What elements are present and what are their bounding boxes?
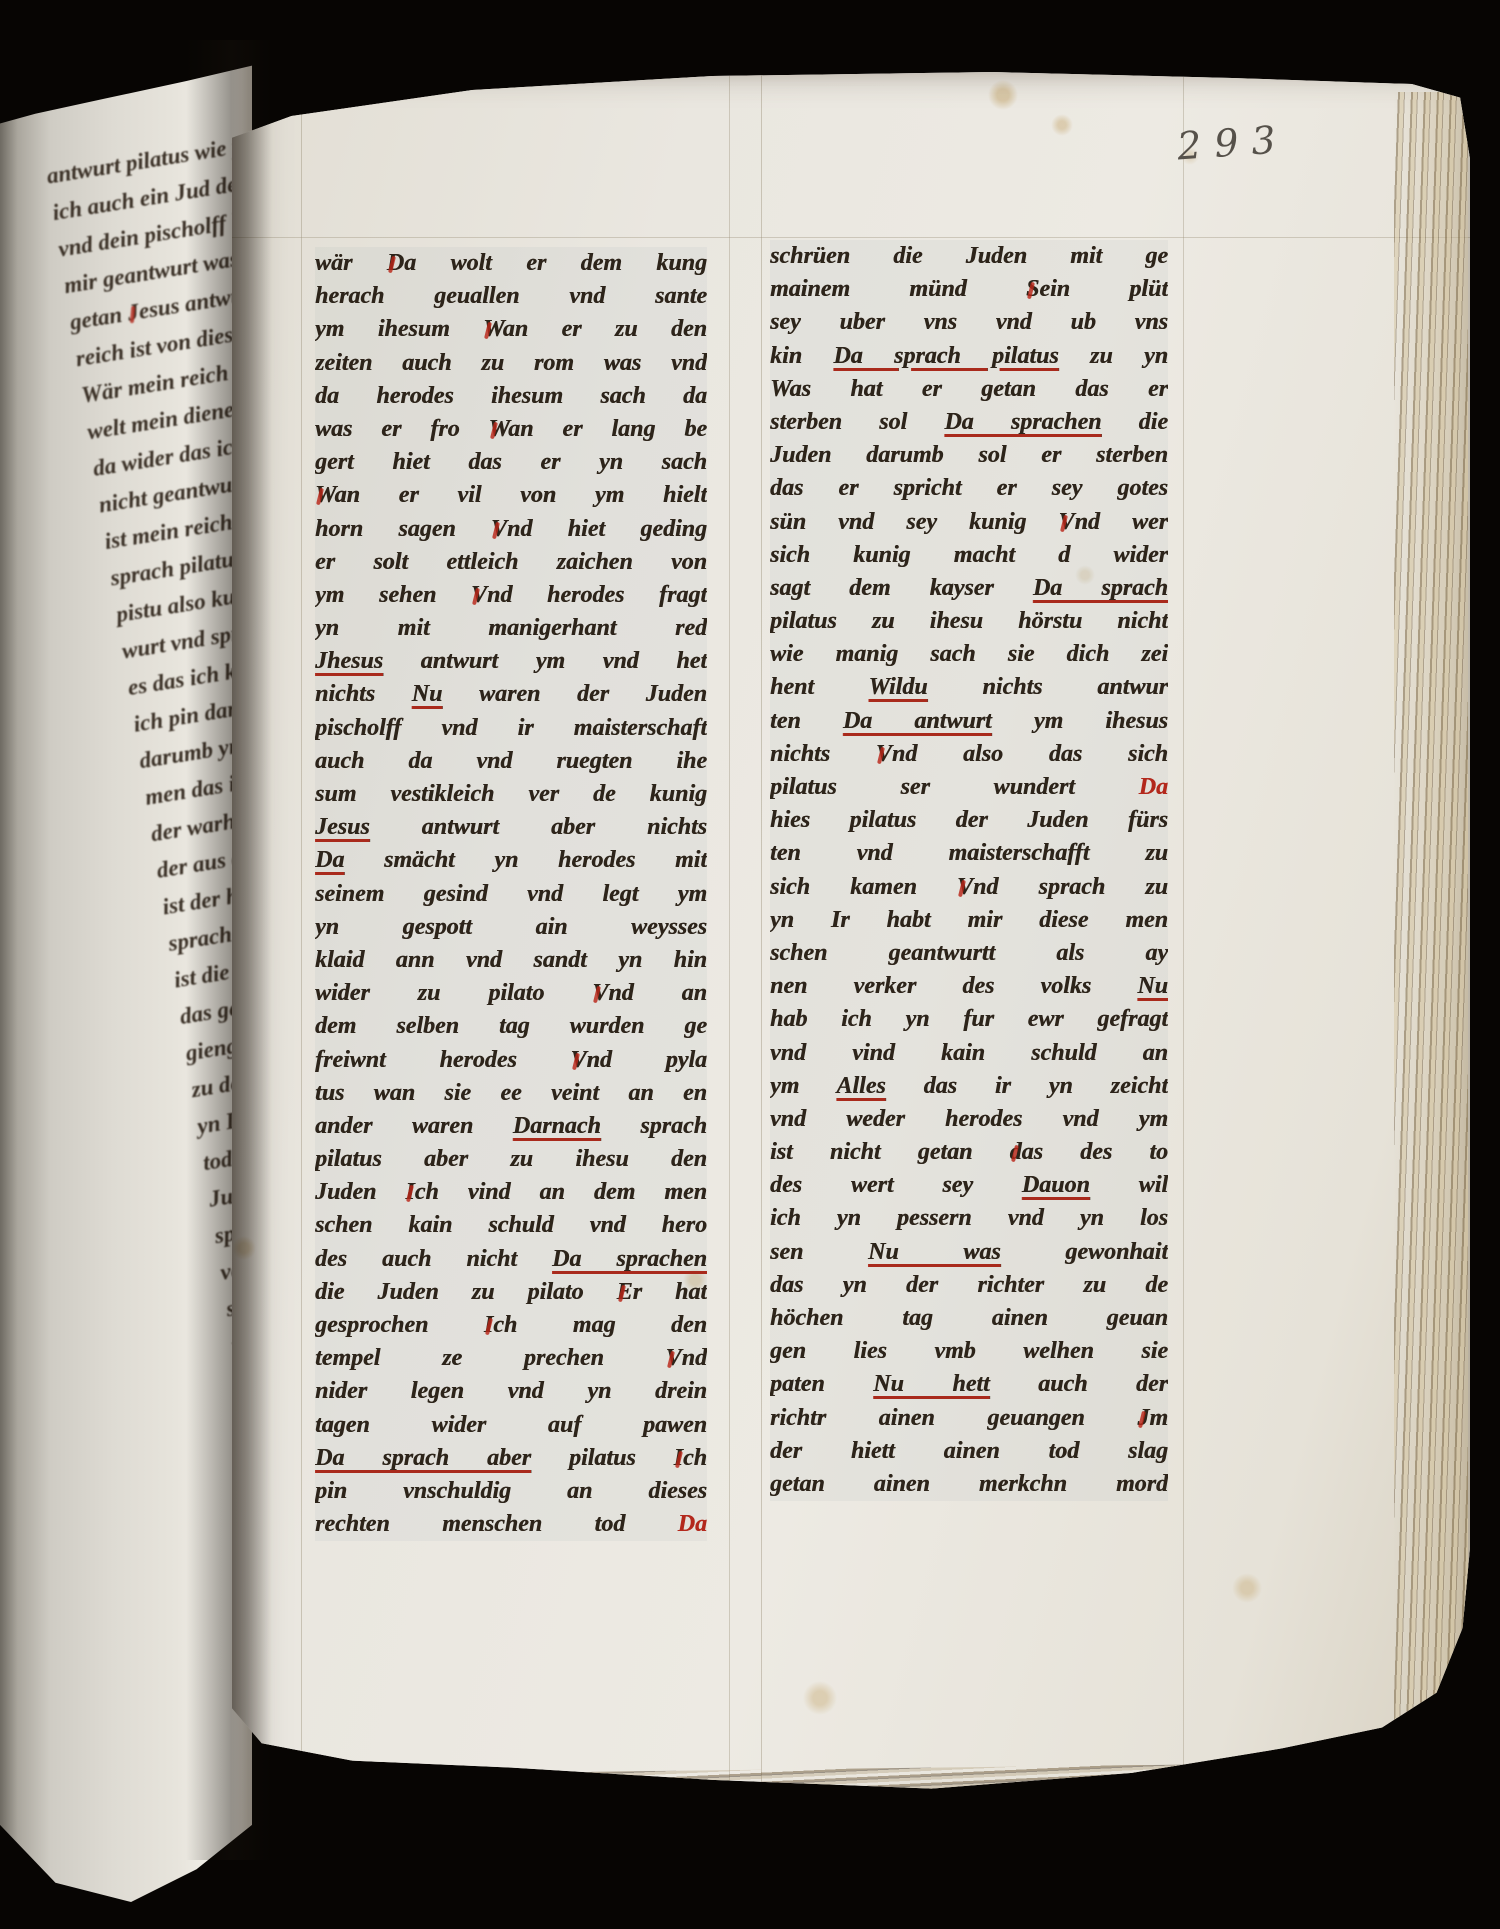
ink-text: auch da vnd ruegten ihe xyxy=(315,748,707,774)
ink-text: gen lies vmb welhen sie xyxy=(770,1338,1168,1364)
ink-text: wolt er dem kung xyxy=(416,250,707,276)
manuscript-line: pin vnschuldig an dieses xyxy=(315,1475,707,1508)
manuscript-line: gert hiet das er yn sach xyxy=(315,446,707,479)
manuscript-line: er solt ettleich zaichen von xyxy=(315,546,707,579)
ink-text: das yn der richter zu de xyxy=(770,1272,1168,1298)
manuscript-line: richtr ainen geuangen Jm xyxy=(770,1402,1168,1435)
ink-text: sün vnd sey kunig xyxy=(770,509,1059,535)
ink-text: sen xyxy=(770,1239,868,1265)
ink-text: er vil von ym hielt xyxy=(360,482,707,508)
ink-text: nider legen vnd yn drein xyxy=(315,1378,707,1404)
folio-number: 293 xyxy=(1176,114,1339,167)
manuscript-line: gesprochen Ich mag den xyxy=(315,1309,707,1342)
manuscript-line: höchen tag ainen geuan xyxy=(770,1302,1168,1335)
rubricated-phrase: Da xyxy=(315,847,344,873)
manuscript-line: auch da vnd ruegten ihe xyxy=(315,745,707,778)
ink-text: rechten menschen tod xyxy=(315,1511,678,1537)
ink-text: wär xyxy=(315,250,387,276)
manuscript-line: pilatus ser wundert Da xyxy=(770,771,1168,804)
manuscript-line: das yn der richter zu de xyxy=(770,1269,1168,1302)
ink-text: gesprochen xyxy=(315,1312,484,1338)
ink-text: er zu den xyxy=(528,316,707,342)
ink-text: hat xyxy=(642,1279,707,1305)
ink-text: vind an dem men xyxy=(439,1179,707,1205)
red-touched-initial: das xyxy=(1010,1139,1043,1165)
ink-text: getan xyxy=(68,301,129,335)
rubricated-phrase: Jesus xyxy=(315,814,370,840)
text-column-1: wär Da wolt er dem kungherach geuallen v… xyxy=(315,247,707,1541)
ink-text: getan ainen merkchn mord xyxy=(770,1471,1168,1497)
manuscript-photo: antwurt pilatus wie pich auch ein Jud de… xyxy=(0,0,1500,1929)
manuscript-line: ich yn pessern vnd yn los xyxy=(770,1202,1168,1235)
ink-text: wil xyxy=(1090,1172,1168,1198)
ink-text: Juden xyxy=(315,1179,405,1205)
red-touched-initial: Vnd xyxy=(471,582,512,608)
manuscript-line: hab ich yn fur ewr gefragt xyxy=(770,1003,1168,1036)
ink-text: mag den xyxy=(517,1312,707,1338)
red-touched-initial: Ich xyxy=(674,1445,707,1471)
manuscript-line: sich kunig macht d wider xyxy=(770,539,1168,572)
ink-text: zeiten auch zu rom was vnd xyxy=(315,350,707,376)
manuscript-line: ten vnd maisterschafft zu xyxy=(770,837,1168,870)
manuscript-line: schen geantwurtt als ay xyxy=(770,937,1168,970)
manuscript-line: Jhesus antwurt ym vnd het xyxy=(315,645,707,678)
ink-text: plüt xyxy=(1070,276,1168,302)
ink-text: tus wan sie ee veint an en xyxy=(315,1080,707,1106)
manuscript-line: hies pilatus der Juden fürs xyxy=(770,804,1168,837)
manuscript-line: zeiten auch zu rom was vnd xyxy=(315,347,707,380)
manuscript-line: kin Da sprach pilatus zu yn xyxy=(770,340,1168,373)
ink-text: ym xyxy=(770,1073,836,1099)
manuscript-line: Juden darumb sol er sterben xyxy=(770,439,1168,472)
rubricated-phrase: Dauon xyxy=(1022,1172,1090,1198)
red-touched-initial: Wan xyxy=(315,482,360,508)
ink-text: die Juden zu pilato xyxy=(315,1279,617,1305)
ink-text: auch der xyxy=(990,1371,1168,1397)
rubricated-phrase: Da antwurt xyxy=(843,708,992,734)
manuscript-line: des auch nicht Da sprachen xyxy=(315,1243,707,1276)
left-page-text-clip: antwurt pilatus wie pich auch ein Jud de… xyxy=(0,128,240,1688)
ink-text: antwurt ym vnd het xyxy=(383,648,707,674)
rubricated-phrase: Da sprach xyxy=(1033,575,1168,601)
ink-text: des to xyxy=(1043,1139,1168,1165)
red-touched-initial: Da xyxy=(387,250,416,276)
rubricated-phrase: Nu was xyxy=(868,1239,1001,1265)
manuscript-line: Juden Ich vind an dem men xyxy=(315,1176,707,1209)
ink-text: hiet geding xyxy=(532,516,707,542)
ink-text: ander waren xyxy=(315,1113,513,1139)
manuscript-line: tus wan sie ee veint an en xyxy=(315,1077,707,1110)
manuscript-line: ander waren Darnach sprach xyxy=(315,1110,707,1143)
recto-page: 293 wär Da wolt er dem kungherach geuall… xyxy=(232,68,1470,1813)
rubricated-phrase: Alles xyxy=(836,1073,885,1099)
manuscript-line: sey uber vns vnd ub vns xyxy=(770,306,1168,339)
manuscript-line: Da sprach aber pilatus Ich xyxy=(315,1442,707,1475)
ink-text: tagen wider auf pawen xyxy=(315,1412,707,1438)
rubricated-phrase: Da sprach aber xyxy=(315,1445,531,1471)
ink-text: der hiett ainen tod slag xyxy=(770,1438,1168,1464)
manuscript-line: klaid ann vnd sandt yn hin xyxy=(315,944,707,977)
manuscript-line: tagen wider auf pawen xyxy=(315,1409,707,1442)
ink-text: sprach xyxy=(601,1113,707,1139)
manuscript-line: das er spricht er sey gotes xyxy=(770,472,1168,505)
manuscript-line: dem selben tag wurden ge xyxy=(315,1010,707,1043)
manuscript-line: der hiett ainen tod slag xyxy=(770,1435,1168,1468)
rubric-text: Da xyxy=(678,1511,707,1537)
ink-text: sich kamen xyxy=(770,874,957,900)
ink-text: dem selben tag wurden ge xyxy=(315,1013,707,1039)
red-touched-initial: Jm xyxy=(1137,1405,1168,1431)
manuscript-line: vnd vind kain schuld an xyxy=(770,1037,1168,1070)
ink-text: nen verker des volks xyxy=(770,973,1137,999)
manuscript-line: ym sehen Vnd herodes fragt xyxy=(315,579,707,612)
left-page-edge: antwurt pilatus wie pich auch ein Jud de… xyxy=(0,0,252,1929)
ink-text: sprach zu xyxy=(998,874,1168,900)
ink-text: des auch nicht xyxy=(315,1246,552,1272)
ink-text: sagt dem kayser xyxy=(770,575,1033,601)
ink-text: pilatus ser wundert xyxy=(770,774,1139,800)
manuscript-line: pilatus aber zu ihesu den xyxy=(315,1143,707,1176)
ink-text: pilatus zu ihesu hörstu nicht xyxy=(770,608,1168,634)
ink-text: antwurt aber nichts xyxy=(370,814,707,840)
manuscript-line: nen verker des volks Nu xyxy=(770,970,1168,1003)
ink-text: ym sehen xyxy=(315,582,471,608)
rubricated-phrase: Da sprachen xyxy=(944,409,1101,435)
fore-edge-page-stack xyxy=(1394,92,1468,1724)
manuscript-line: ist nicht getan das des to xyxy=(770,1136,1168,1169)
ink-text: pischolff vnd ir maisterschaft xyxy=(315,715,707,741)
rubricated-phrase: Nu xyxy=(1137,973,1168,999)
ink-text: wider zu pilato xyxy=(315,980,592,1006)
manuscript-line: rechten menschen tod Da xyxy=(315,1508,707,1541)
ink-text: ten xyxy=(770,708,843,734)
ink-text: waren der Juden xyxy=(442,681,707,707)
rubricated-phrase: Nu hett xyxy=(873,1371,990,1397)
ink-text: sum vestikleich ver de kunig xyxy=(315,781,707,807)
rubricated-phrase: Da sprach pilatus xyxy=(833,343,1058,369)
red-touched-initial: Vnd xyxy=(592,980,633,1006)
ink-text: pin vnschuldig an dieses xyxy=(315,1478,707,1504)
red-touched-initial: Vnd xyxy=(666,1345,707,1371)
manuscript-line: sün vnd sey kunig Vnd wer xyxy=(770,506,1168,539)
ink-text: antwurt xyxy=(177,280,240,317)
manuscript-line: gen lies vmb welhen sie xyxy=(770,1335,1168,1368)
bottom-page-stack xyxy=(246,1762,1396,1798)
red-touched-initial: Vnd xyxy=(876,741,917,767)
ink-text: nichts xyxy=(315,681,412,707)
ink-text: höchen tag ainen geuan xyxy=(770,1305,1168,1331)
red-touched-initial: Er xyxy=(617,1279,642,1305)
ink-text: yn gespott ain weysses xyxy=(315,914,707,940)
manuscript-line: des wert sey Dauon wil xyxy=(770,1169,1168,1202)
manuscript-line: yn mit manigerhant red xyxy=(315,612,707,645)
ink-text: wer xyxy=(1100,509,1168,535)
manuscript-line: was er fro Wan er lang be xyxy=(315,413,707,446)
manuscript-line: Jesus antwurt aber nichts xyxy=(315,811,707,844)
manuscript-line: yn gespott ain weysses xyxy=(315,911,707,944)
manuscript-line: pilatus zu ihesu hörstu nicht xyxy=(770,605,1168,638)
ink-text: da herodes ihesum sach da xyxy=(315,383,707,409)
ink-text: gewonhait xyxy=(1001,1239,1168,1265)
ink-text: das er spricht er sey gotes xyxy=(770,475,1168,501)
ink-text: ym ihesus xyxy=(992,708,1168,734)
ink-text: kin xyxy=(770,343,833,369)
ink-text: schen kain schuld vnd hero xyxy=(315,1212,707,1238)
manuscript-line: getan ainen merkchn mord xyxy=(770,1468,1168,1501)
ink-text: also das sich xyxy=(917,741,1168,767)
red-touched-initial: Ich xyxy=(484,1312,517,1338)
ink-text: was er fro xyxy=(315,416,489,442)
ink-text: zu yn xyxy=(1059,343,1168,369)
rubricated-phrase: Da sprachen xyxy=(552,1246,707,1272)
ink-text: pilatus xyxy=(531,1445,674,1471)
ink-text: an xyxy=(634,980,707,1006)
ink-text: ich yn pessern vnd yn los xyxy=(770,1205,1168,1231)
manuscript-line: yn Ir habt mir diese men xyxy=(770,904,1168,937)
ink-text: sterben sol xyxy=(770,409,944,435)
manuscript-line: paten Nu hett auch der xyxy=(770,1368,1168,1401)
red-touched-initial: Wan xyxy=(483,316,528,342)
rubricated-phrase: Nu xyxy=(412,681,443,707)
manuscript-line: horn sagen Vnd hiet geding xyxy=(315,513,707,546)
red-touched-initial: Vnd xyxy=(571,1047,612,1073)
manuscript-line: sagt dem kayser Da sprach xyxy=(770,572,1168,605)
manuscript-line: die Juden zu pilato Er hat xyxy=(315,1276,707,1309)
rubricated-phrase: Darnach xyxy=(513,1113,601,1139)
manuscript-line: seinem gesind vnd legt ym xyxy=(315,878,707,911)
red-touched-initial: Jesus xyxy=(126,293,182,326)
manuscript-line: nichts Nu waren der Juden xyxy=(315,678,707,711)
ink-text: vnd vind kain schuld an xyxy=(770,1040,1168,1066)
manuscript-line: vnd weder herodes vnd ym xyxy=(770,1103,1168,1136)
ink-text: herodes fragt xyxy=(512,582,707,608)
ink-text: sich kunig macht d wider xyxy=(770,542,1168,568)
manuscript-line: tempel ze prechen Vnd xyxy=(315,1342,707,1375)
ink-text: die xyxy=(1102,409,1168,435)
text-column-2: schrüen die Juden mit gemainem münd Sein… xyxy=(770,240,1168,1501)
manuscript-line: hent Wildu nichts antwur xyxy=(770,671,1168,704)
ink-text: yn Ir habt mir diese men xyxy=(770,907,1168,933)
manuscript-line: ym ihesum Wan er zu den xyxy=(315,313,707,346)
manuscript-line: Da smächt yn herodes mit xyxy=(315,844,707,877)
manuscript-line: da herodes ihesum sach da xyxy=(315,380,707,413)
manuscript-line: schen kain schuld vnd hero xyxy=(315,1209,707,1242)
ink-text: ten vnd maisterschafft zu xyxy=(770,840,1168,866)
ink-text: schrüen die Juden mit ge xyxy=(770,243,1168,269)
ink-text: seinem gesind vnd legt ym xyxy=(315,881,707,907)
manuscript-line: wie manig sach sie dich zei xyxy=(770,638,1168,671)
ink-text: richtr ainen geuangen xyxy=(770,1405,1137,1431)
ink-text: des wert sey xyxy=(770,1172,1022,1198)
red-touched-initial: Wan xyxy=(489,416,534,442)
manuscript-line: sich kamen Vnd sprach zu xyxy=(770,871,1168,904)
manuscript-line: ym Alles das ir yn zeicht xyxy=(770,1070,1168,1103)
rubricated-phrase: Wildu xyxy=(868,674,927,700)
red-touched-initial: Ich xyxy=(405,1179,438,1205)
ink-text: pilatus aber zu ihesu den xyxy=(315,1146,707,1172)
manuscript-line: wider zu pilato Vnd an xyxy=(315,977,707,1010)
manuscript-line: schrüen die Juden mit ge xyxy=(770,240,1168,273)
manuscript-line: ten Da antwurt ym ihesus xyxy=(770,705,1168,738)
left-page-text: antwurt pilatus wie pich auch ein Jud de… xyxy=(44,128,240,1583)
ink-text: mainem münd xyxy=(770,276,1026,302)
manuscript-line: pischolff vnd ir maisterschaft xyxy=(315,712,707,745)
ink-text: Was hat er getan das er xyxy=(770,376,1168,402)
ink-text: ym ihesum xyxy=(315,316,483,342)
ink-text: hies pilatus der Juden fürs xyxy=(770,807,1168,833)
manuscript-line: sen Nu was gewonhait xyxy=(770,1236,1168,1269)
ink-text: tempel ze prechen xyxy=(315,1345,666,1371)
manuscript-line: nider legen vnd yn drein xyxy=(315,1375,707,1408)
red-touched-initial: Vnd xyxy=(1059,509,1100,535)
ink-text: vnd weder herodes vnd ym xyxy=(770,1106,1168,1132)
ink-text: freiwnt herodes xyxy=(315,1047,571,1073)
manuscript-line: nichts Vnd also das sich xyxy=(770,738,1168,771)
manuscript-line: mainem münd Sein plüt xyxy=(770,273,1168,306)
ink-text: paten xyxy=(770,1371,873,1397)
ink-text: smächt yn herodes mit xyxy=(344,847,707,873)
manuscript-line: freiwnt herodes Vnd pyla xyxy=(315,1044,707,1077)
red-touched-initial: Sein xyxy=(1026,276,1070,302)
ink-text: das ir yn zeicht xyxy=(886,1073,1168,1099)
ink-text: wie manig sach sie dich zei xyxy=(770,641,1168,667)
ink-text: klaid ann vnd sandt yn hin xyxy=(315,947,707,973)
ink-text: hab ich yn fur ewr gefragt xyxy=(770,1006,1168,1032)
ink-text: Juden darumb sol er sterben xyxy=(770,442,1168,468)
manuscript-line: sum vestikleich ver de kunig xyxy=(315,778,707,811)
ink-text: pyla xyxy=(612,1047,707,1073)
manuscript-line: Was hat er getan das er xyxy=(770,373,1168,406)
ink-text: yn mit manigerhant red xyxy=(315,615,707,641)
ink-text: gert hiet das er yn sach xyxy=(315,449,707,475)
manuscript-line: wär Da wolt er dem kung xyxy=(315,247,707,280)
ink-text: sey uber vns vnd ub vns xyxy=(770,309,1168,335)
ink-text: er solt ettleich zaichen von xyxy=(315,549,707,575)
ink-text: ist nicht getan xyxy=(770,1139,1010,1165)
ink-text: nichts antwur xyxy=(928,674,1168,700)
ink-text: nichts xyxy=(770,741,876,767)
red-touched-initial: Vnd xyxy=(491,516,532,542)
manuscript-line: Wan er vil von ym hielt xyxy=(315,479,707,512)
rubricated-phrase: Jhesus xyxy=(315,648,383,674)
ink-text: schen geantwurtt als ay xyxy=(770,940,1168,966)
manuscript-line: herach geuallen vnd sante xyxy=(315,280,707,313)
ink-text: herach geuallen vnd sante xyxy=(315,283,707,309)
manuscript-line: sterben sol Da sprachen die xyxy=(770,406,1168,439)
red-touched-initial: Vnd xyxy=(957,874,998,900)
ink-text: horn sagen xyxy=(315,516,491,542)
ink-text: hent xyxy=(770,674,868,700)
ink-text: er lang be xyxy=(533,416,707,442)
rubric-text: Da xyxy=(1139,774,1168,800)
